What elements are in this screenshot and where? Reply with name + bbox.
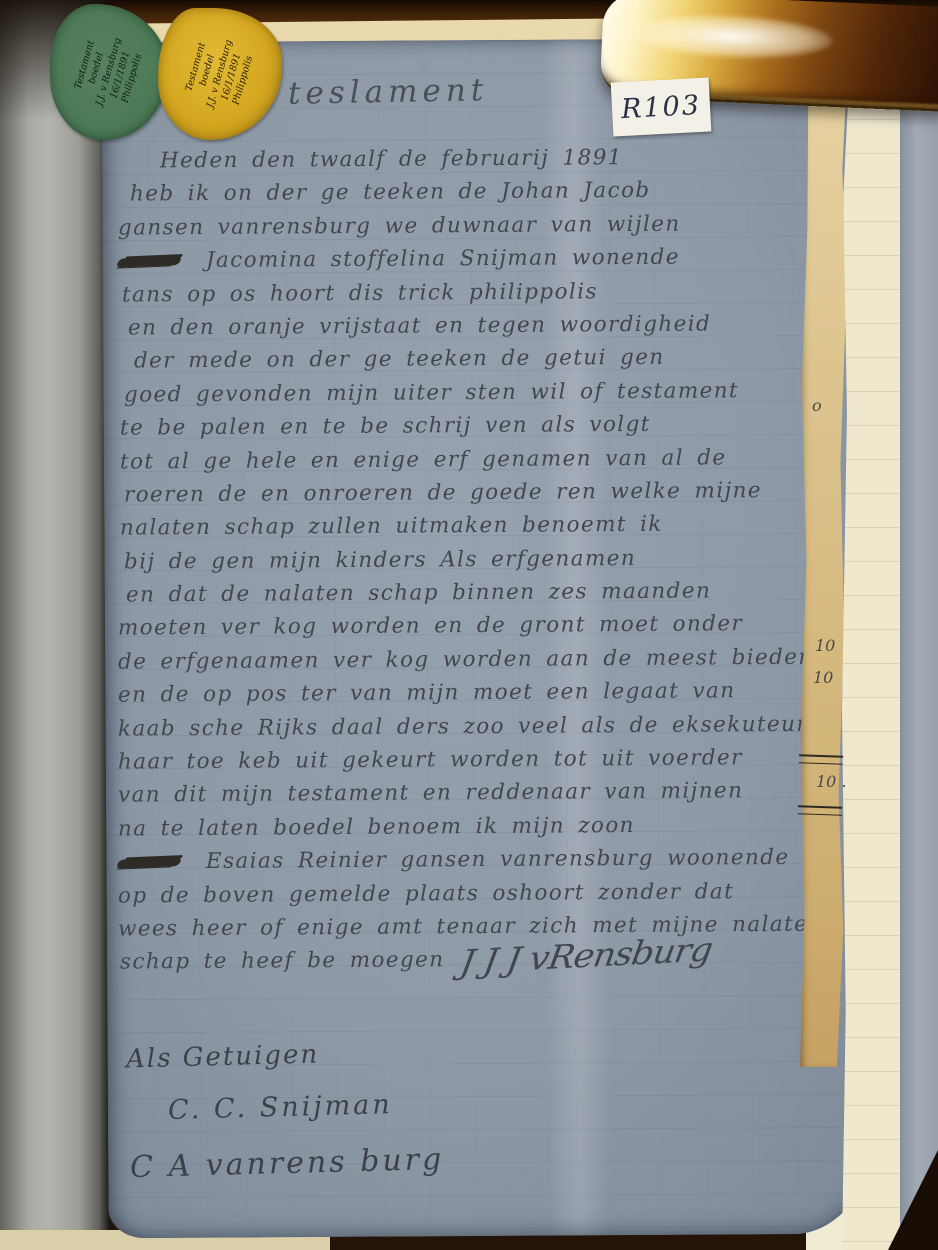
margin-fragments: o 10 10 10 . (0, 0, 938, 1250)
archival-document-photo: teslament Heden den twaalf de februarij … (0, 0, 938, 1250)
reference-number: R103 (620, 89, 701, 124)
reference-slip: R103 (611, 77, 712, 136)
margin-fragment: 10 . (816, 772, 847, 791)
margin-fragment: 10 (815, 636, 835, 655)
green-sticker-text: Testament boedel J.J. v Rensburg 16/1/18… (70, 30, 149, 114)
margin-fragment: o (812, 396, 822, 415)
yellow-sticker-text: Testament boedel J.J. v Rensburg 16/1/18… (181, 32, 260, 116)
margin-fragment: 10 (813, 668, 833, 687)
clip-reflection (631, 11, 833, 62)
